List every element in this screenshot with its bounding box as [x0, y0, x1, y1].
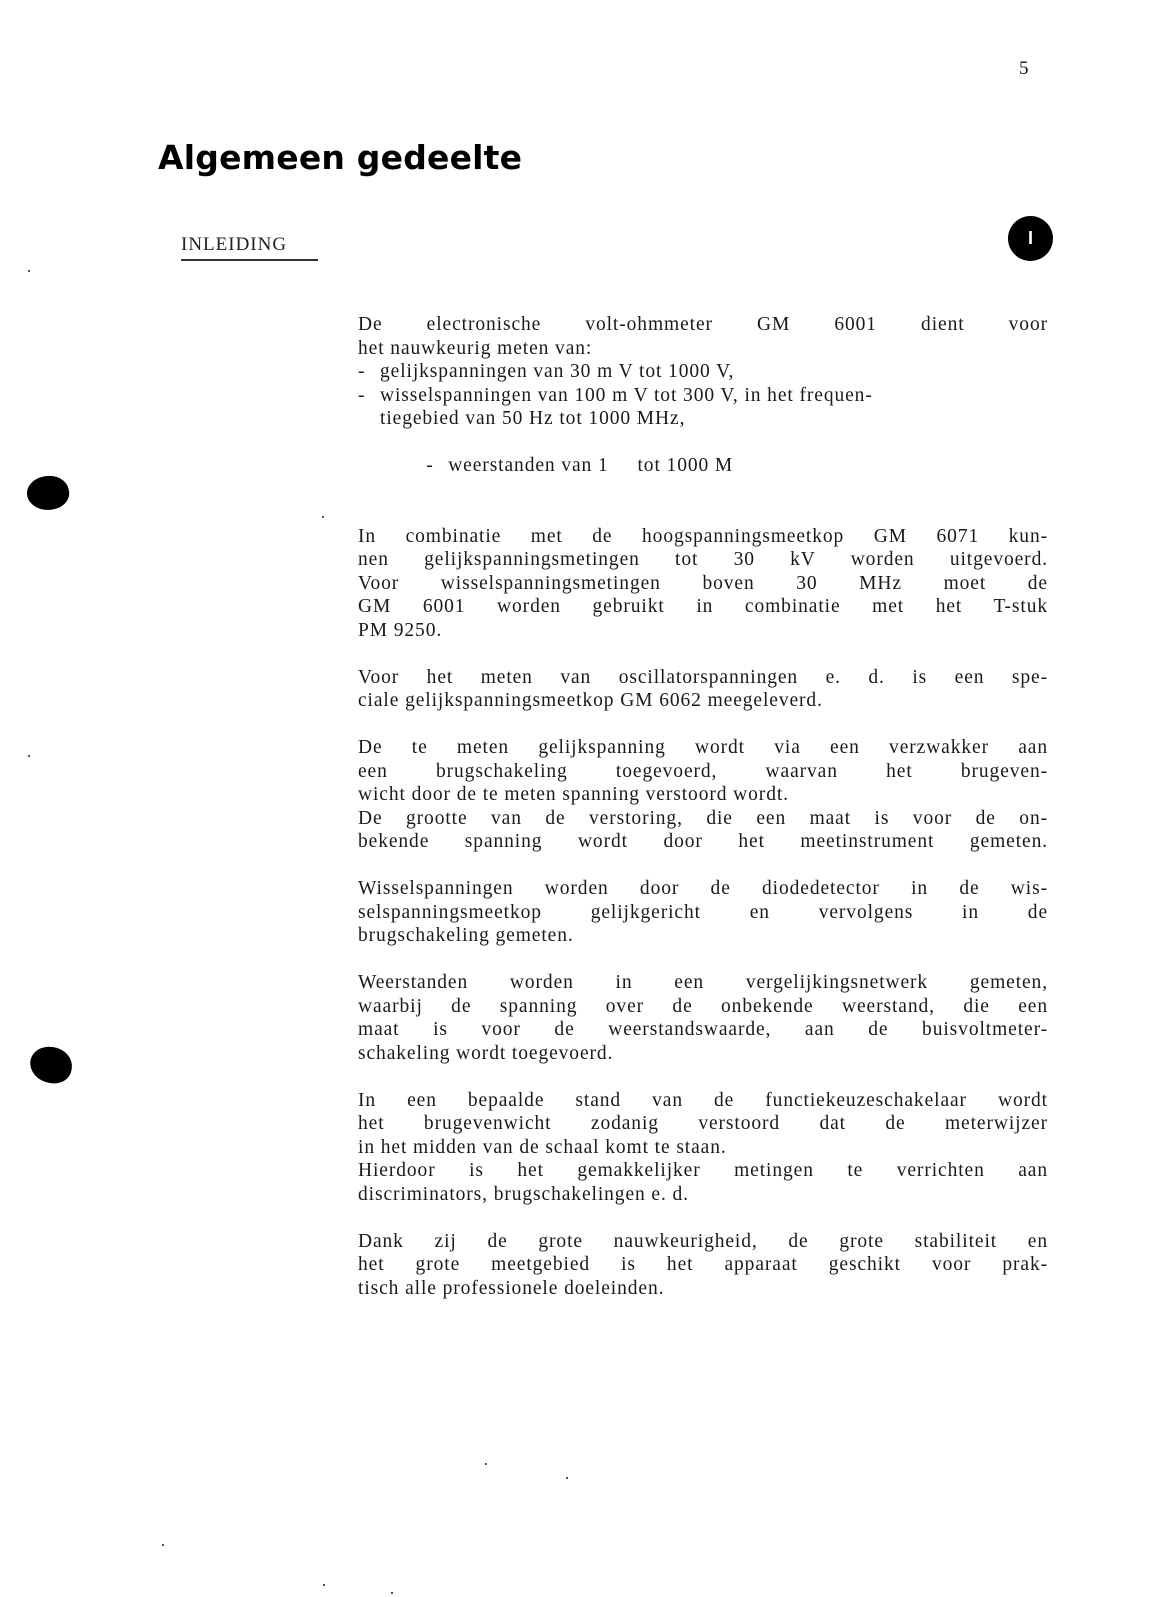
intro-paragraph: De electronische volt-ohmmeter GM 6001 d… — [358, 313, 1048, 501]
text-line: PM 9250. — [358, 619, 1048, 643]
page-number: 5 — [1019, 58, 1029, 80]
scan-speck — [162, 1544, 164, 1546]
text-line: discriminators, brugschakelingen e. d. — [358, 1183, 1048, 1207]
text-line: GM 6001 worden gebruikt in combinatie me… — [358, 595, 1048, 619]
section-marker-badge: I — [1008, 216, 1053, 261]
list-item-text: wisselspanningen van 100 m V tot 300 V, … — [380, 385, 873, 406]
punch-hole-icon — [28, 1044, 75, 1085]
paragraph-functiekeuze: In een bepaalde stand van de functiekeuz… — [358, 1089, 1048, 1207]
text-line: het nauwkeurig meten van: — [358, 337, 1048, 361]
text-line: De electronische volt-ohmmeter GM 6001 d… — [358, 313, 1048, 337]
paragraph-gelijkspanning: De te meten gelijkspanning wordt via een… — [358, 736, 1048, 854]
text-line: Voor het meten van oscillatorspanningen … — [358, 666, 1048, 690]
scan-speck — [323, 1584, 325, 1586]
list-dash: - — [358, 360, 380, 384]
text-line: brugschakeling gemeten. — [358, 924, 1048, 948]
text-line: Voor wisselspanningsmetingen boven 30 MH… — [358, 572, 1048, 596]
section-marker-label: I — [1028, 228, 1033, 249]
scan-speck — [322, 516, 324, 518]
text-line: ciale gelijkspanningsmeetkop GM 6062 mee… — [358, 689, 1048, 713]
list-dash: - — [426, 454, 448, 478]
text-line: het brugevenwicht zodanig verstoord dat … — [358, 1112, 1048, 1136]
text-line: een brugschakeling toegevoerd, waarvan h… — [358, 760, 1048, 784]
list-item: -weerstanden van 1 tot 1000 M — [358, 431, 1048, 502]
text-line: maat is voor de weerstandswaarde, aan de… — [358, 1018, 1048, 1042]
list-item-text: gelijkspanningen van 30 m V tot 1000 V, — [380, 361, 734, 382]
text-line: schakeling wordt toegevoerd. — [358, 1042, 1048, 1066]
paragraph-weerstanden: Weerstanden worden in een vergelijkingsn… — [358, 971, 1048, 1065]
paragraph-conclusie: Dank zij de grote nauwkeurigheid, de gro… — [358, 1230, 1048, 1301]
scan-speck — [485, 1463, 487, 1465]
page-title: Algemeen gedeelte — [158, 138, 522, 177]
text-line: Wisselspanningen worden door de diodedet… — [358, 877, 1048, 901]
paragraph-oscillator: Voor het meten van oscillatorspanningen … — [358, 666, 1048, 713]
body-text: De electronische volt-ohmmeter GM 6001 d… — [358, 313, 1048, 1324]
text-line: bekende spanning wordt door het meetinst… — [358, 830, 1048, 854]
text-line: tisch alle professionele doeleinden. — [358, 1277, 1048, 1301]
text-line: Dank zij de grote nauwkeurigheid, de gro… — [358, 1230, 1048, 1254]
text-line: De te meten gelijkspanning wordt via een… — [358, 736, 1048, 760]
list-item: -gelijkspanningen van 30 m V tot 1000 V, — [358, 360, 1048, 384]
text-line: waarbij de spanning over de onbekende we… — [358, 995, 1048, 1019]
scan-speck — [566, 1477, 568, 1479]
paragraph-wisselspanning: Wisselspanningen worden door de diodedet… — [358, 877, 1048, 948]
scan-speck — [28, 270, 30, 272]
paragraph-hoogspanning: In combinatie met de hoogspanningsmeetko… — [358, 525, 1048, 643]
list-item-text: tiegebied van 50 Hz tot 1000 MHz, — [380, 408, 685, 429]
text-line: selspanningsmeetkop gelijkgericht en ver… — [358, 901, 1048, 925]
scan-speck — [28, 755, 30, 757]
text-line: wicht door de te meten spanning verstoor… — [358, 783, 1048, 807]
text-line: In combinatie met de hoogspanningsmeetko… — [358, 525, 1048, 549]
list-dash: - — [358, 384, 380, 408]
section-heading: INLEIDING — [181, 234, 318, 261]
scan-speck — [391, 1592, 393, 1594]
text-line: In een bepaalde stand van de functiekeuz… — [358, 1089, 1048, 1113]
text-line: De grootte van de verstoring, die een ma… — [358, 807, 1048, 831]
text-line: het grote meetgebied is het apparaat ges… — [358, 1253, 1048, 1277]
text-line: Hierdoor is het gemakkelijker metingen t… — [358, 1159, 1048, 1183]
text-line: nen gelijkspanningsmetingen tot 30 kV wo… — [358, 548, 1048, 572]
text-line: in het midden van de schaal komt te staa… — [358, 1136, 1048, 1160]
punch-hole-icon — [24, 473, 71, 514]
list-item: -wisselspanningen van 100 m V tot 300 V,… — [358, 384, 1048, 431]
text-line: Weerstanden worden in een vergelijkingsn… — [358, 971, 1048, 995]
list-item-text: weerstanden van 1 tot 1000 M — [448, 455, 733, 476]
